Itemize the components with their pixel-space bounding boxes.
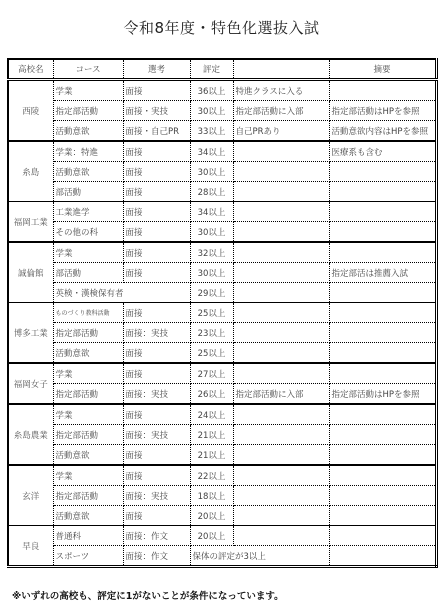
selection-cell: 面接 (123, 303, 190, 323)
table-row: 活動意欲 面接 20以上 (8, 506, 436, 526)
school-name: 誠倫館 (8, 242, 53, 303)
table-row: 部活動 面接 28以上 (8, 182, 436, 202)
note1-cell (233, 404, 329, 425)
table-row: 福岡工業 工業進学 面接 34以上 (8, 202, 436, 222)
selection-cell: 面接 (123, 162, 190, 182)
course-cell: 部活動 (53, 182, 123, 202)
note1-cell (233, 202, 329, 222)
selection-cell: 面接 (123, 343, 190, 364)
course-cell: 指定部活動 (53, 486, 123, 506)
course-cell: 活動意欲 (53, 343, 123, 364)
selection-cell: 面接 (123, 445, 190, 466)
course-cell: 部活動 (53, 263, 123, 283)
note1-cell: 自己PRあり (233, 121, 329, 142)
table-row: 早良 普通科 面接：作文 20以上 (8, 526, 436, 546)
grade-cell: 36以上 (190, 80, 233, 101)
note2-cell: 指定部活は推薦入試 (329, 263, 436, 283)
note2-cell (329, 486, 436, 506)
note1-cell: 指定部活動に入部 (233, 384, 329, 405)
note1-cell (233, 506, 329, 526)
grade-cell: 26以上 (190, 384, 233, 405)
table-row: 指定部活動 面接：実技 26以上 指定部活動に入部 指定部活動はHPを参照 (8, 384, 436, 405)
selection-cell: 面接 (123, 263, 190, 283)
course-cell: 活動意欲 (53, 445, 123, 466)
course-cell: 学業 (53, 363, 123, 384)
note1-cell (233, 182, 329, 202)
selection-cell: 面接：実技 (123, 486, 190, 506)
note1-cell (233, 445, 329, 466)
grade-cell: 29以上 (190, 283, 233, 303)
grade-cell: 30以上 (190, 101, 233, 121)
selection-table: 高校名 コース 選考 評定 摘要 西陵 学業 面接 36以上 特進クラスに入る … (7, 58, 438, 568)
header-course: コース (53, 59, 123, 80)
course-cell: 学業 (53, 80, 123, 101)
note1-cell (233, 222, 329, 243)
table-row: 指定部活動 面接・実技 30以上 指定部活動に入部 指定部活動はHPを参照 (8, 101, 436, 121)
grade-cell: 21以上 (190, 445, 233, 466)
course-cell: ものづくり教科活動 (53, 303, 123, 323)
table-row: 福岡女子 学業 面接 27以上 (8, 363, 436, 384)
selection-cell: 面接 (123, 506, 190, 526)
selection-cell: 面接・自己PR (123, 121, 190, 142)
selection-cell: 面接：作文 (123, 526, 190, 546)
course-cell: 普通科 (53, 526, 123, 546)
table-row: 活動意欲 面接・自己PR 33以上 自己PRあり 活動意欲内容はHPを参照 (8, 121, 436, 142)
grade-cell: 32以上 (190, 242, 233, 263)
table-row: 指定部活動 面接：実技 18以上 (8, 486, 436, 506)
note2-cell (329, 222, 436, 243)
note2-cell (329, 343, 436, 364)
table-row: 指定部活動 面接：実技 23以上 (8, 323, 436, 343)
grade-cell: 24以上 (190, 404, 233, 425)
note1-cell (233, 323, 329, 343)
course-cell: 学業：特進 (53, 141, 123, 162)
table-row: 西陵 学業 面接 36以上 特進クラスに入る (8, 80, 436, 101)
note1-cell (233, 242, 329, 263)
note2-cell (329, 303, 436, 323)
note1-cell (233, 141, 329, 162)
header-school: 高校名 (8, 59, 53, 80)
note2-cell (329, 546, 436, 567)
note1-cell (233, 283, 329, 303)
course-cell: 活動意欲 (53, 506, 123, 526)
school-name: 糸島農業 (8, 404, 53, 465)
note2-cell (329, 465, 436, 486)
selection-cell: 面接・実技 (123, 101, 190, 121)
selection-cell: 面接 (123, 80, 190, 101)
school-name: 福岡工業 (8, 202, 53, 243)
table-row: 活動意欲 面接 25以上 (8, 343, 436, 364)
note2-cell (329, 242, 436, 263)
grade-cell: 20以上 (190, 526, 233, 546)
table-row: 糸島 学業：特進 面接 34以上 医療系も含む (8, 141, 436, 162)
grade-cell: 28以上 (190, 182, 233, 202)
grade-cell: 33以上 (190, 121, 233, 142)
grade-cell: 25以上 (190, 303, 233, 323)
school-name: 博多工業 (8, 303, 53, 364)
page-title: 令和8年度・特色化選抜入試 (0, 17, 443, 38)
selection-cell: 面接 (123, 141, 190, 162)
note2-cell (329, 363, 436, 384)
note1-cell (233, 425, 329, 445)
note2-cell (329, 506, 436, 526)
grade-cell: 25以上 (190, 343, 233, 364)
header-summary: 摘要 (329, 59, 436, 80)
grade-cell: 34以上 (190, 141, 233, 162)
note2-cell: 指定部活動はHPを参照 (329, 101, 436, 121)
selection-cell: 面接：作文 (123, 546, 190, 567)
selection-cell: 面接 (123, 242, 190, 263)
note2-cell (329, 283, 436, 303)
note1-cell (233, 465, 329, 486)
grade-cell: 22以上 (190, 465, 233, 486)
table-row: スポーツ 面接：作文 保体の評定が3以上 (8, 546, 436, 567)
table-row: 部活動 面接 30以上 指定部活は推薦入試 (8, 263, 436, 283)
note1-cell (233, 263, 329, 283)
note1-cell (233, 526, 329, 546)
course-cell: 指定部活動 (53, 384, 123, 405)
footnote: ※いずれの高校も、評定に1がないことが条件になっています。 (12, 588, 284, 602)
selection-cell: 面接 (123, 202, 190, 222)
note2-cell (329, 162, 436, 182)
note2-cell (329, 80, 436, 101)
grade-cell: 18以上 (190, 486, 233, 506)
note2-cell: 指定部活動はHPを参照 (329, 384, 436, 405)
header-note1 (233, 59, 329, 80)
school-name: 玄洋 (8, 465, 53, 526)
selection-cell: 面接 (123, 465, 190, 486)
course-cell: 工業進学 (53, 202, 123, 222)
note1-cell (233, 363, 329, 384)
header-grade: 評定 (190, 59, 233, 80)
course-cell: 英検・漢検保有者 (53, 283, 190, 303)
grade-cell: 保体の評定が3以上 (190, 546, 329, 567)
selection-cell: 面接 (123, 182, 190, 202)
grade-cell: 30以上 (190, 263, 233, 283)
note2-cell (329, 526, 436, 546)
course-cell: 活動意欲 (53, 162, 123, 182)
grade-cell: 30以上 (190, 222, 233, 243)
course-cell: 指定部活動 (53, 323, 123, 343)
grade-cell: 34以上 (190, 202, 233, 222)
grade-cell: 27以上 (190, 363, 233, 384)
grade-cell: 23以上 (190, 323, 233, 343)
table-row: 糸島農業 学業 面接 24以上 (8, 404, 436, 425)
selection-cell: 面接 (123, 404, 190, 425)
note2-cell: 医療系も含む (329, 141, 436, 162)
table-row: 活動意欲 面接 30以上 (8, 162, 436, 182)
school-name: 早良 (8, 526, 53, 567)
course-cell: 学業 (53, 465, 123, 486)
header-selection: 選考 (123, 59, 190, 80)
table-row: 誠倫館 学業 面接 32以上 (8, 242, 436, 263)
note2-cell (329, 404, 436, 425)
table-row: その他の科 面接 30以上 (8, 222, 436, 243)
table-row: 指定部活動 面接：実技 21以上 (8, 425, 436, 445)
selection-cell: 面接：実技 (123, 323, 190, 343)
note2-cell (329, 425, 436, 445)
selection-cell: 面接 (123, 222, 190, 243)
selection-cell: 面接：実技 (123, 384, 190, 405)
note2-cell (329, 182, 436, 202)
selection-cell: 面接 (123, 363, 190, 384)
school-name: 福岡女子 (8, 363, 53, 404)
grade-cell: 20以上 (190, 506, 233, 526)
note2-cell (329, 202, 436, 222)
course-cell: 学業 (53, 404, 123, 425)
table-row: 英検・漢検保有者 29以上 (8, 283, 436, 303)
school-name: 糸島 (8, 141, 53, 202)
course-cell: スポーツ (53, 546, 123, 567)
course-cell: 指定部活動 (53, 101, 123, 121)
header-row: 高校名 コース 選考 評定 摘要 (8, 59, 436, 80)
course-cell: 学業 (53, 242, 123, 263)
note1-cell (233, 162, 329, 182)
grade-cell: 21以上 (190, 425, 233, 445)
table-row: 活動意欲 面接 21以上 (8, 445, 436, 466)
school-name: 西陵 (8, 80, 53, 142)
course-cell: その他の科 (53, 222, 123, 243)
selection-cell: 面接：実技 (123, 425, 190, 445)
course-cell: 指定部活動 (53, 425, 123, 445)
grade-cell: 30以上 (190, 162, 233, 182)
note1-cell (233, 303, 329, 323)
table-row: 玄洋 学業 面接 22以上 (8, 465, 436, 486)
note1-cell (233, 343, 329, 364)
course-cell: 活動意欲 (53, 121, 123, 142)
note2-cell (329, 445, 436, 466)
note2-cell (329, 323, 436, 343)
note1-cell: 指定部活動に入部 (233, 101, 329, 121)
note1-cell: 特進クラスに入る (233, 80, 329, 101)
note2-cell: 活動意欲内容はHPを参照 (329, 121, 436, 142)
table-row: 博多工業 ものづくり教科活動 面接 25以上 (8, 303, 436, 323)
note1-cell (233, 486, 329, 506)
